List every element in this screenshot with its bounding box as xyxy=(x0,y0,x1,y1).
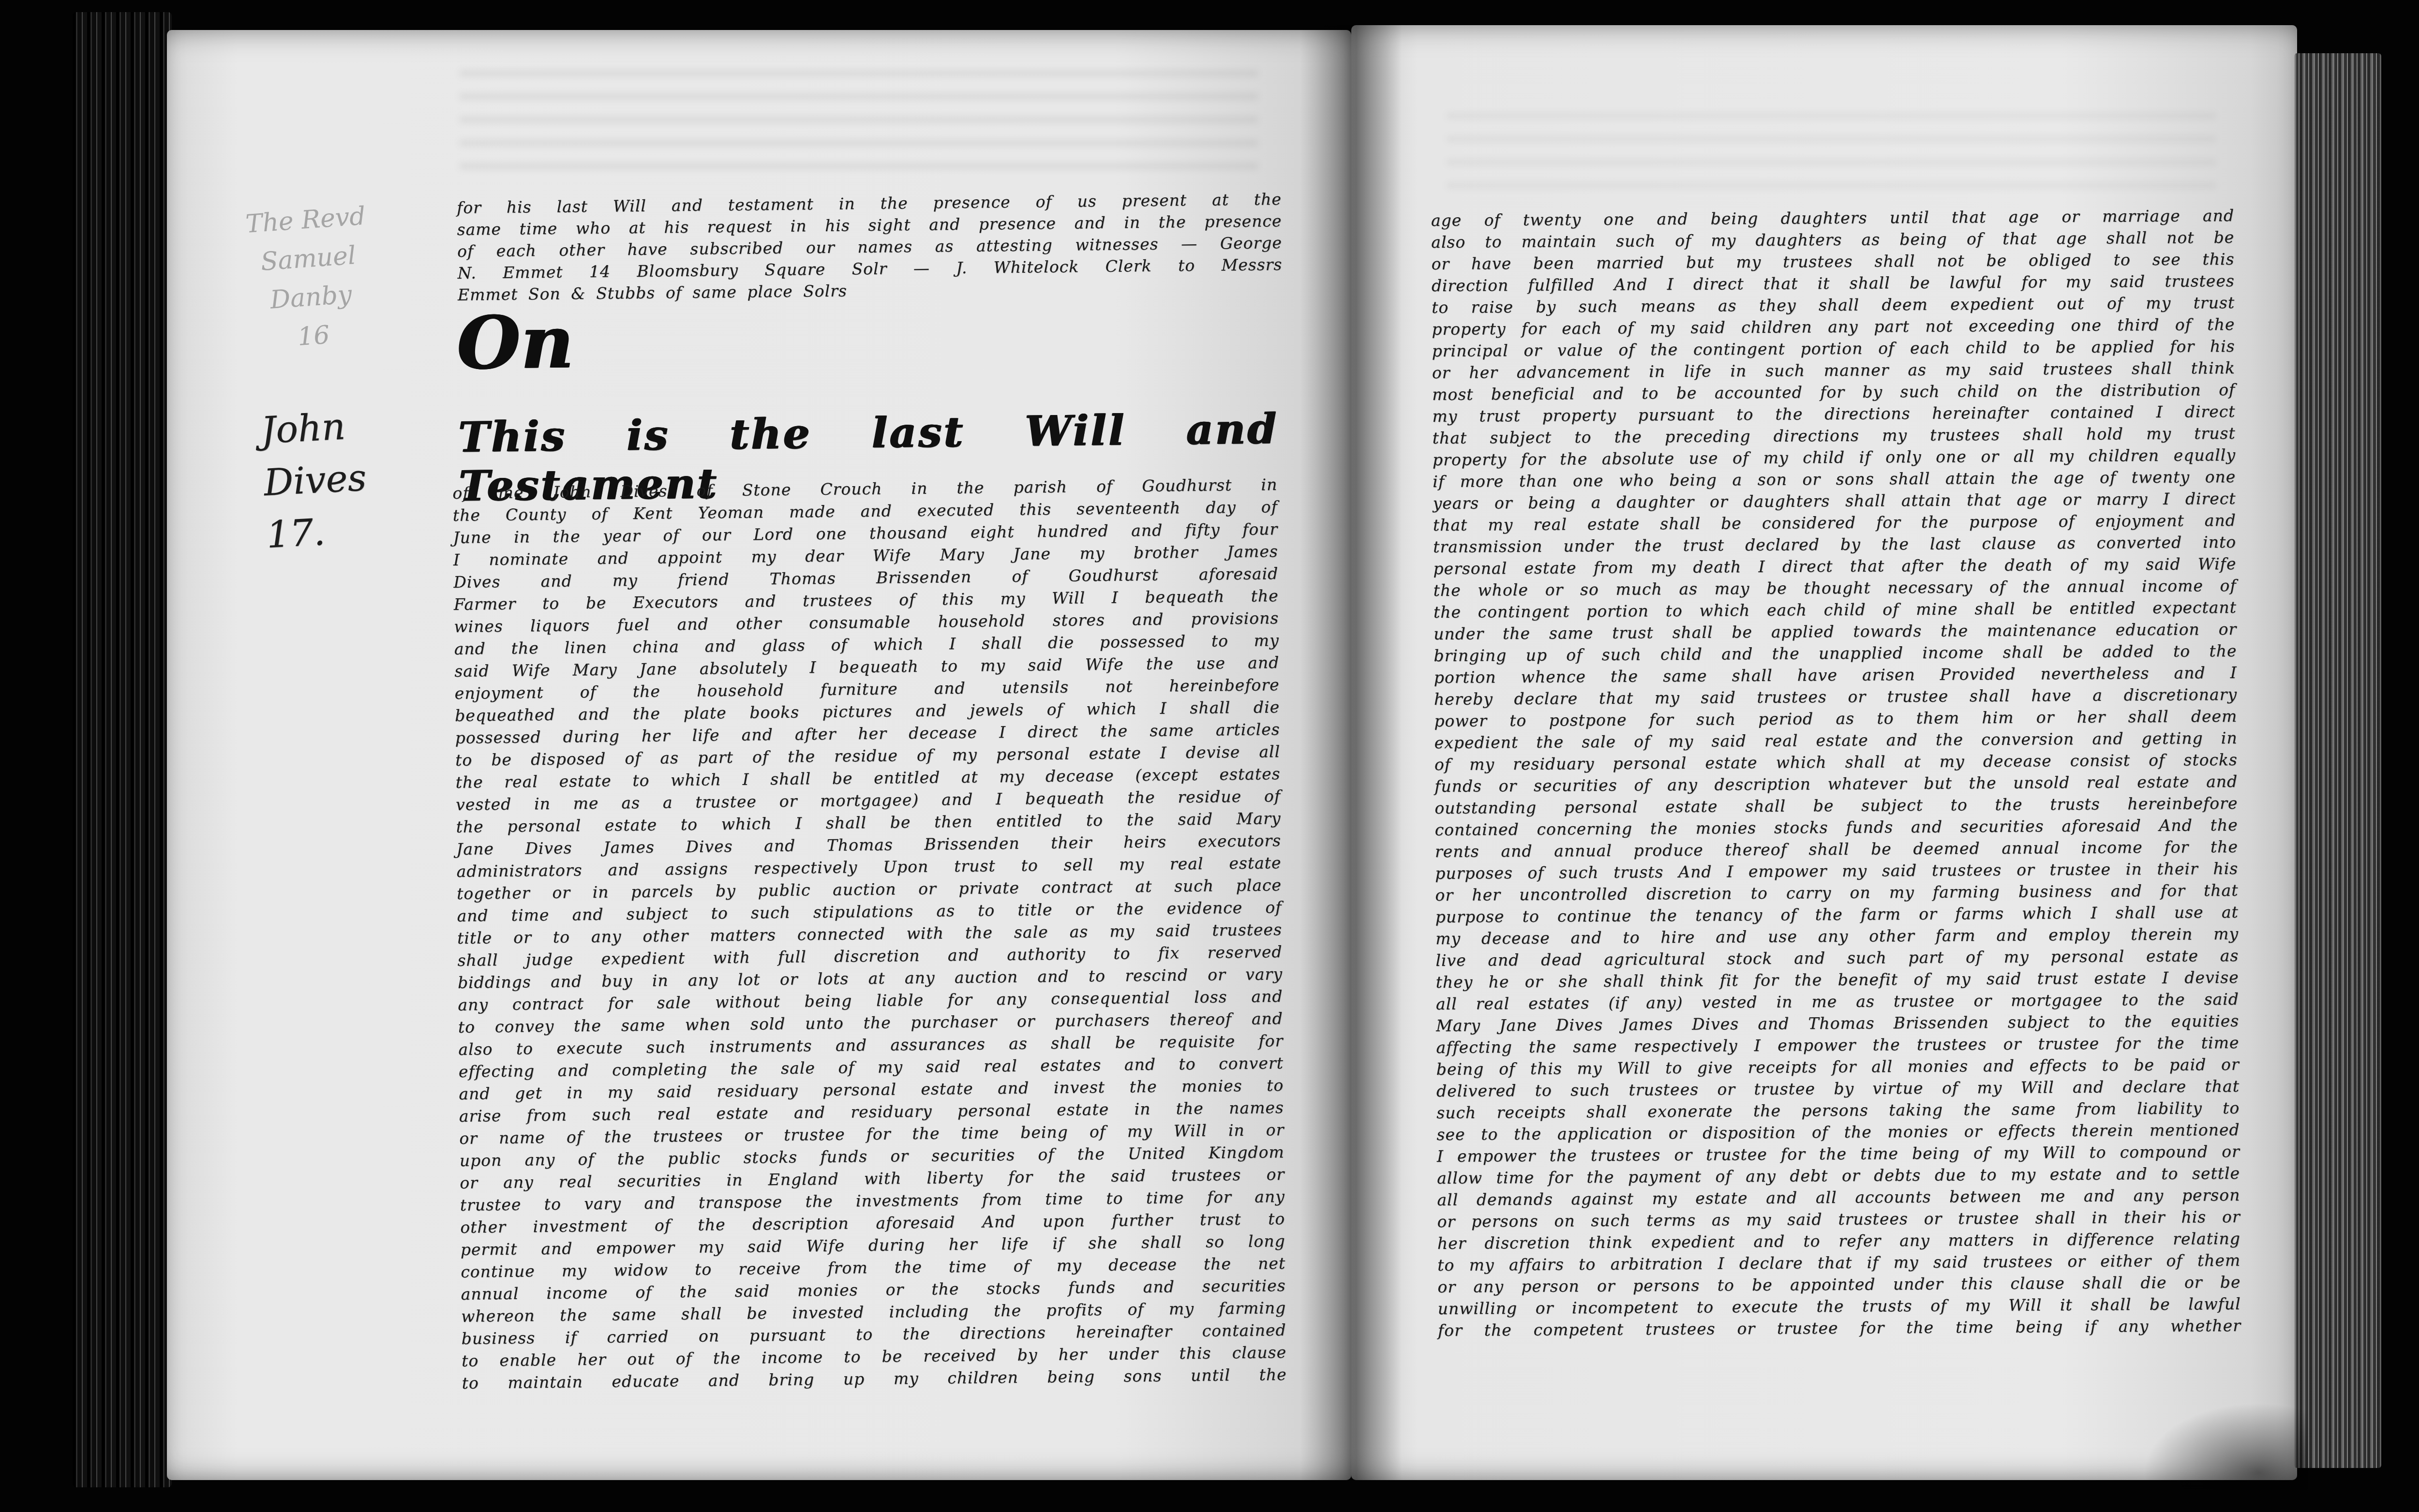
ornate-initial-on: On xyxy=(457,315,587,371)
will-body-dives-right-page: age of twenty one and being daughters un… xyxy=(1431,205,2241,1341)
book-gutter-shadow xyxy=(1300,25,1402,1480)
book-page-stack-left-edge xyxy=(73,12,172,1487)
probate-entry-danby: On xyxy=(457,308,1282,371)
page-corner-curl-shadow xyxy=(2143,1403,2308,1490)
witness-attestation-paragraph: for his last Will and testament in the p… xyxy=(457,188,1283,306)
ink-bleed-ghost xyxy=(460,53,1258,179)
book-page-stack-right-edge xyxy=(2294,53,2381,1468)
will-body-dives-left-page: of me John Dives of Stone Crouch in the … xyxy=(452,474,1287,1394)
text-line: 17. xyxy=(265,498,476,561)
ink-bleed-ghost xyxy=(1447,97,2216,198)
probate-register-scan: The RevdSamuelDanby16 JohnDives17. for h… xyxy=(0,0,2419,1512)
margin-note-testator-john-dives: JohnDives17. xyxy=(260,394,476,561)
margin-note-previous-testator-danby: The RevdSamuelDanby16 xyxy=(203,194,416,363)
